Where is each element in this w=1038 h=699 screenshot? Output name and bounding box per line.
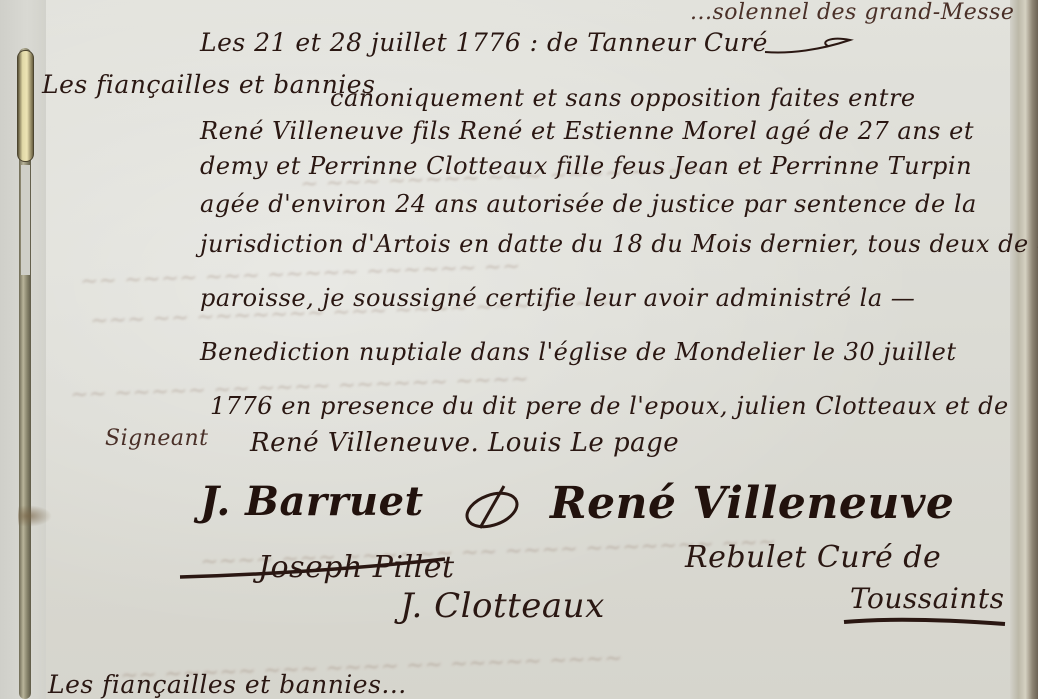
entry-margin-title: Les fiançailles et bannies bbox=[42, 70, 375, 99]
signing-margin-note: Signeant bbox=[105, 426, 209, 451]
binding-cord-gap bbox=[21, 165, 30, 275]
page-edge bbox=[1010, 0, 1038, 699]
body-line-8: 1776 en presence du dit pere de l'epoux,… bbox=[210, 392, 1009, 420]
priest-title-line2: Toussaints bbox=[850, 582, 1004, 615]
signature-pillet: Joseph Pillet bbox=[258, 550, 455, 585]
body-line-3: demy et Perrinne Clotteaux fille feus Je… bbox=[200, 152, 972, 180]
signature-clotteaux: J. Clotteaux bbox=[400, 586, 605, 626]
body-line-5: jurisdiction d'Artois en datte du 18 du … bbox=[200, 230, 1038, 258]
body-line-7: Benediction nuptiale dans l'église de Mo… bbox=[200, 338, 957, 366]
body-line-1: canoniquement et sans opposition faites … bbox=[330, 84, 916, 112]
priest-signature-name: Rebulet Curé de bbox=[685, 540, 941, 575]
body-line-2: René Villeneuve fils René et Estienne Mo… bbox=[200, 117, 974, 145]
signature-groom: René Villeneuve bbox=[550, 478, 954, 529]
priest-title-line1: Curé de bbox=[817, 540, 941, 575]
next-entry-fragment: Les fiançailles et bannies... bbox=[48, 670, 407, 699]
body-line-9: René Villeneuve. Louis Le page bbox=[250, 428, 679, 458]
priest-name: Rebulet bbox=[685, 540, 807, 575]
body-line-6: paroisse, je soussigné certifie leur avo… bbox=[200, 284, 915, 312]
priest-signature-underline bbox=[840, 612, 1010, 632]
register-page: ~ ~~~ ~~~~~ ~~~ ~~~~ ~~~~~ ~~ ~~~~ ~~~ ~… bbox=[0, 0, 1038, 699]
signature-paraph bbox=[460, 478, 530, 538]
banns-date-line: Les 21 et 28 juillet 1776 : de Tanneur C… bbox=[200, 28, 768, 57]
underline-flourish bbox=[760, 30, 860, 60]
signature-barruet: J. Barruet bbox=[200, 478, 424, 525]
top-fragment: ...solennel des grand-Messe bbox=[690, 0, 1014, 25]
body-line-4: agée d'environ 24 ans autorisée de justi… bbox=[200, 190, 977, 218]
binding-cord-knot bbox=[18, 505, 52, 527]
binding-cord-highlight bbox=[17, 50, 34, 162]
